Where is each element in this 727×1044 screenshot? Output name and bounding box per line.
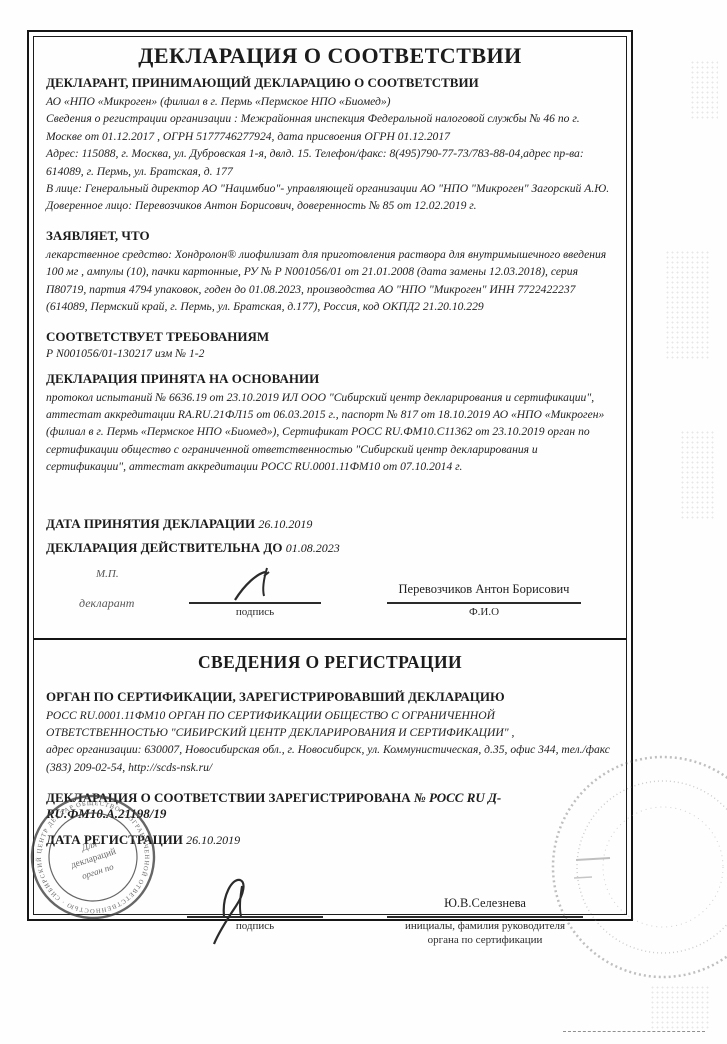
cert-body-heading: ОРГАН ПО СЕРТИФИКАЦИИ, ЗАРЕГИСТРИРОВАВШИ… (46, 689, 614, 705)
valid-until-value: 01.08.2023 (286, 541, 340, 555)
basis-heading: ДЕКЛАРАЦИЯ ПРИНЯТА НА ОСНОВАНИИ (46, 371, 614, 387)
complies-heading: СООТВЕТСТВУЕТ ТРЕБОВАНИЯМ (46, 329, 614, 345)
adoption-date-line: ДАТА ПРИНЯТИЯ ДЕКЛАРАЦИИ 26.10.2019 (46, 516, 614, 532)
registrar-signature-line (187, 916, 323, 918)
adoption-date-label: ДАТА ПРИНЯТИЯ ДЕКЛАРАЦИИ (46, 516, 255, 531)
scanned-declaration-page: ДЕКЛАРАЦИЯ О СООТВЕТСТВИИ ДЕКЛАРАНТ, ПРИ… (0, 0, 727, 1044)
scan-noise (680, 430, 715, 520)
declarant-signature-block: М.П. декларант подпись Перевозчиков Анто… (46, 566, 614, 630)
scan-noise (690, 60, 718, 120)
declarant-fio-line (387, 602, 581, 604)
cert-body-text: РОСС RU.0001.11ФМ10 ОРГАН ПО СЕРТИФИКАЦИ… (46, 707, 614, 742)
basis-text: протокол испытаний № 6636.19 от 23.10.20… (46, 389, 614, 476)
scan-noise (650, 985, 710, 1030)
adoption-date-value: 26.10.2019 (258, 517, 312, 531)
declarant-signature-caption: подпись (189, 606, 321, 618)
declarant-line: Доверенное лицо: Перевозчиков Антон Бори… (46, 197, 614, 214)
registrar-signature-caption: подпись (187, 920, 323, 932)
declarant-details: АО «НПО «Микроген» (филиал в г. Пермь «П… (46, 93, 614, 215)
declarant-line: АО «НПО «Микроген» (филиал в г. Пермь «П… (46, 93, 614, 110)
declares-heading: ЗАЯВЛЯЕТ, ЧТО (46, 228, 614, 244)
declarant-heading: ДЕКЛАРАНТ, ПРИНИМАЮЩИЙ ДЕКЛАРАЦИЮ О СООТ… (46, 75, 614, 91)
document-title: ДЕКЛАРАЦИЯ О СООТВЕТСТВИИ (46, 43, 614, 69)
registration-date-value: 26.10.2019 (186, 833, 240, 847)
scan-noise (665, 250, 710, 360)
valid-until-line: ДЕКЛАРАЦИЯ ДЕЙСТВИТЕЛЬНА ДО 01.08.2023 (46, 540, 614, 556)
mp-mark: М.П. (96, 568, 119, 580)
section-divider (34, 638, 626, 640)
complies-text: Р N001056/01-130217 изм № 1-2 (46, 345, 614, 362)
declares-text: лекарственное средство: Хондролон® лиофи… (46, 246, 614, 316)
declarant-fio-caption: Ф.И.О (387, 606, 581, 618)
declarant-line: Сведения о регистрации организации : Меж… (46, 110, 614, 145)
declarant-signature-glyph (231, 566, 291, 604)
registration-section-title: СВЕДЕНИЯ О РЕГИСТРАЦИИ (46, 652, 614, 673)
bottom-dashed-line (563, 1031, 705, 1032)
faint-round-stamp (548, 752, 727, 982)
declarant-signature-line (189, 602, 321, 604)
registrar-signature-glyph (206, 872, 276, 946)
declarant-line: В лице: Генеральный директор АО "Нацимби… (46, 180, 614, 197)
cert-body-address: адрес организации: 630007, Новосибирская… (46, 741, 614, 776)
declarant-role-label: декларант (79, 596, 134, 611)
declarant-fio-name: Перевозчиков Антон Борисович (387, 582, 581, 597)
declarant-line: Адрес: 115088, г. Москва, ул. Дубровская… (46, 145, 614, 180)
valid-until-label: ДЕКЛАРАЦИЯ ДЕЙСТВИТЕЛЬНА ДО (46, 540, 282, 555)
